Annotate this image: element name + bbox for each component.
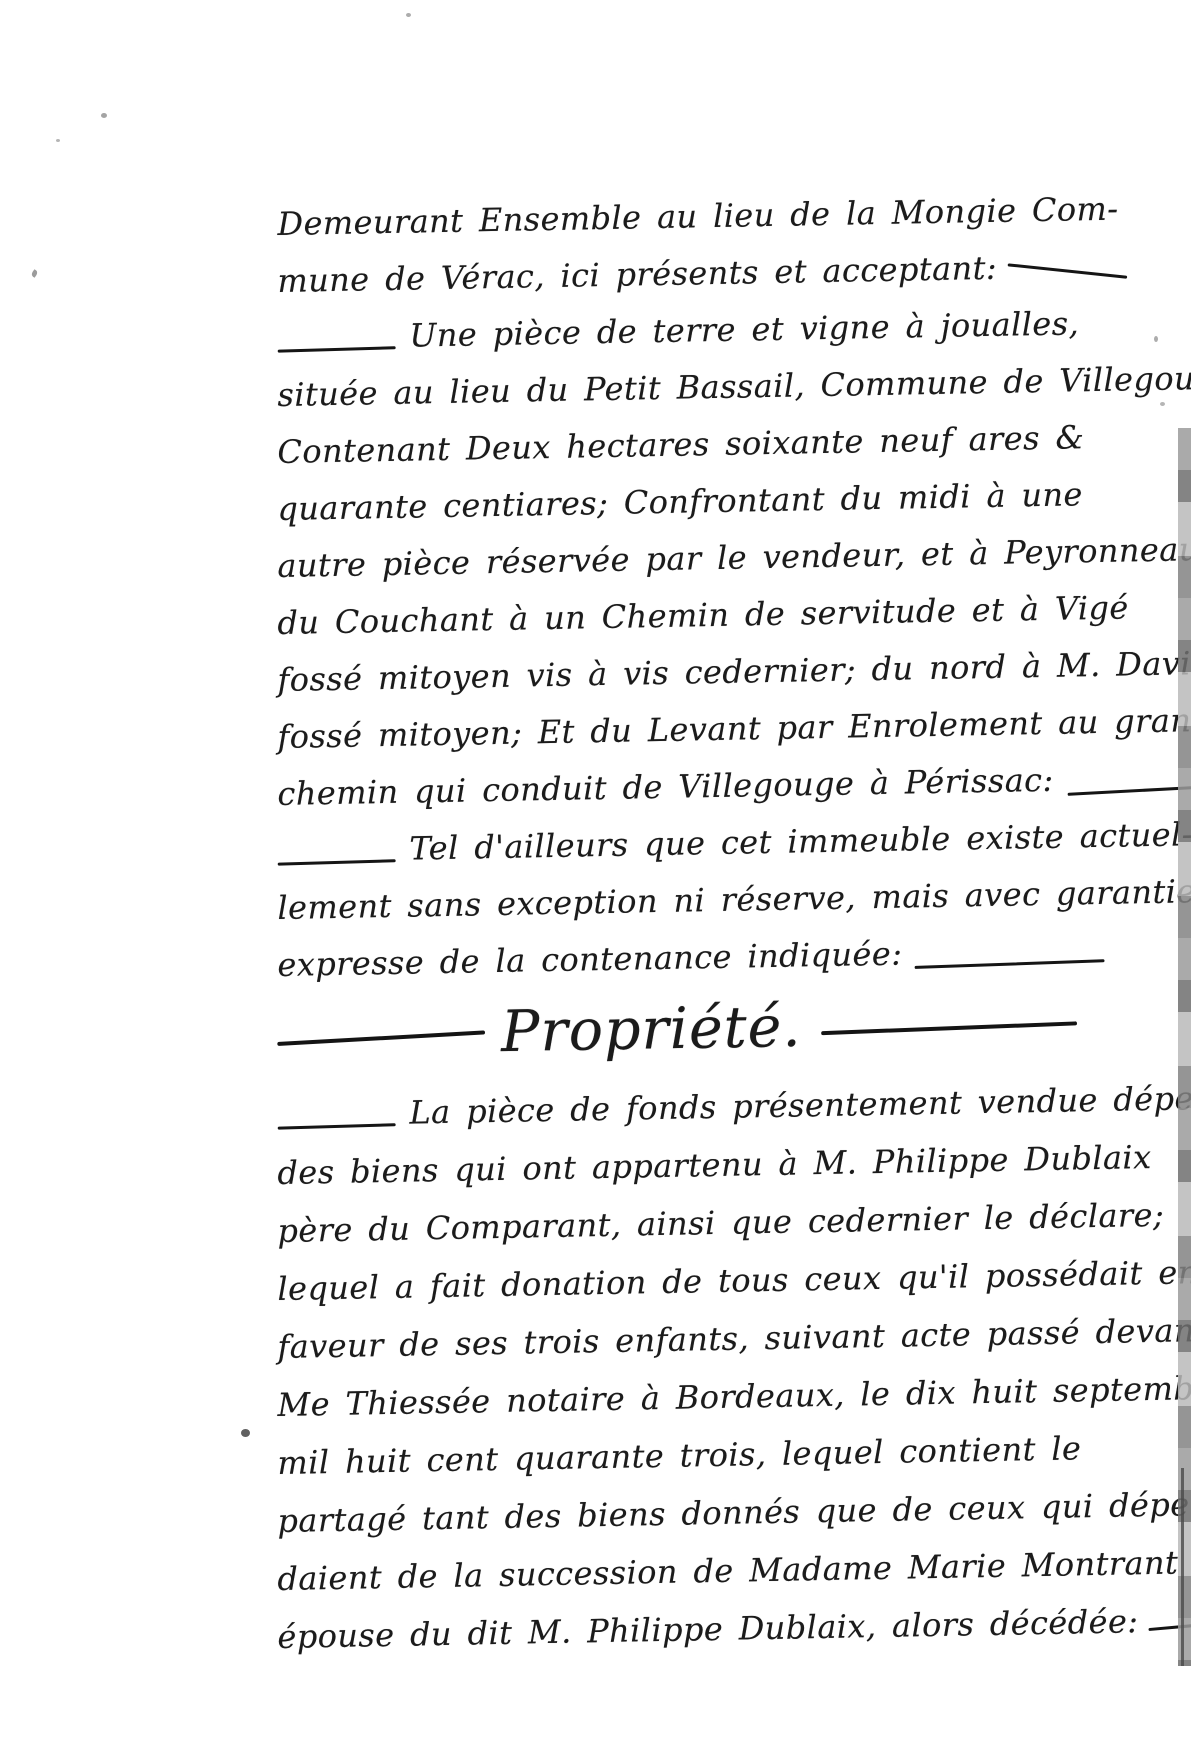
paragraph-rule [278, 346, 396, 352]
line-text: Demeurant Ensemble au lieu de la Mongie … [277, 190, 1119, 243]
flourish-rule [915, 959, 1105, 969]
line-text: chemin qui conduit de Villegouge à Péris… [277, 761, 1054, 813]
scan-edge-artifact [1178, 428, 1191, 1666]
section-heading: Propriété. [501, 994, 802, 1065]
scan-edge-line-artifact [1181, 1468, 1184, 1666]
paragraph-rule [278, 1123, 396, 1129]
line-text: faveur de ses trois enfants, suivant act… [277, 1311, 1191, 1366]
line-text: des biens qui ont appartenu à M. Philipp… [277, 1138, 1152, 1192]
manuscript-text-block: Demeurant Ensemble au lieu de la Mongie … [278, 196, 1078, 1666]
section-heading-row: Propriété. [276, 980, 1077, 1086]
line-text: autre pièce réservée par le vendeur, et … [277, 530, 1191, 585]
line-text: mune de Vérac, ici présents et acceptant… [277, 249, 997, 300]
ink-speck [101, 113, 107, 118]
line-text: expresse de la contenance indiquée: [277, 935, 903, 984]
line-text: père du Comparant, ainsi que cedernier l… [277, 1196, 1164, 1250]
paragraph-2: La pièce de fonds présentement vendue dé… [278, 1086, 1078, 1666]
line-text: partagé tant des biens donnés que de ceu… [277, 1485, 1191, 1540]
flourish-rule [1007, 263, 1127, 278]
line-text: Me Thiessée notaire à Bordeaux, le dix h… [277, 1369, 1191, 1424]
line-text: épouse du dit M. Philippe Dublaix, alors… [277, 1602, 1139, 1656]
line-text: La pièce de fonds présentement vendue dé… [409, 1078, 1191, 1131]
line-text: quarante centiares; Confrontant du midi … [277, 475, 1083, 528]
line-text: Tel d'ailleurs que cet immeuble existe a… [409, 815, 1191, 867]
line-text: Contenant Deux hectares soixante neuf ar… [277, 418, 1084, 471]
paragraph-1: Demeurant Ensemble au lieu de la Mongie … [278, 196, 1078, 994]
heading-rule-left [277, 1030, 485, 1046]
line-text: située au lieu du Petit Bassail, Commune… [277, 358, 1191, 414]
heading-rule-right [821, 1021, 1077, 1035]
flourish-rule [1068, 786, 1191, 796]
line-text: lequel a fait donation de tous ceux qu'i… [277, 1253, 1191, 1308]
line-text: mil huit cent quarante trois, lequel con… [277, 1429, 1082, 1482]
line-text: lement sans exception ni réserve, mais a… [277, 872, 1191, 927]
ink-speck [1154, 336, 1158, 342]
ink-speck [56, 139, 60, 142]
ink-speck [406, 13, 411, 17]
ink-speck [241, 1429, 250, 1437]
line-text: fossé mitoyen; Et du Levant par Enroleme… [277, 701, 1191, 756]
ink-speck [30, 269, 38, 278]
ink-speck [1160, 402, 1165, 406]
line-text: Une pièce de terre et vigne à joualles, [409, 304, 1079, 354]
paragraph-rule [278, 859, 396, 865]
manuscript-page: Demeurant Ensemble au lieu de la Mongie … [0, 0, 1191, 1748]
line-text: daient de la succession de Madame Marie … [277, 1543, 1178, 1598]
line-text: fossé mitoyen vis à vis cedernier; du no… [277, 644, 1191, 699]
line-text: du Couchant à un Chemin de servitude et … [277, 588, 1129, 642]
